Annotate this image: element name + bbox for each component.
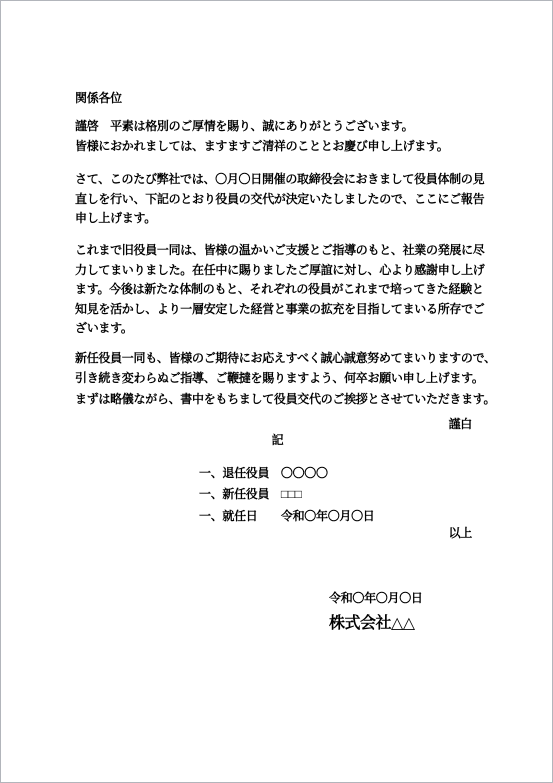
recipient-line: 関係各位 [75,89,122,109]
record-item-date: 一、就任日 令和〇年〇月〇日 [199,506,375,527]
paragraph-announcement: さて、このたび弊社では、〇月〇日開催の取締役会におきまして役員体制の見 直しを行… [75,170,484,229]
recipient-text: 関係各位 [75,89,122,109]
text-line: 知見を活かし、より一層安定した経営と事業の拡充を目指してまいる所存でご [75,300,485,320]
record-item-retiring: 一、退任役員 〇〇〇〇 [199,463,375,484]
letter-date-text: 令和〇年〇月〇日 [329,589,423,609]
end-word-text: 以上 [449,524,472,544]
end-word: 以上 [449,524,472,544]
record-list: 一、退任役員 〇〇〇〇 一、新任役員 □□□ 一、就任日 令和〇年〇月〇日 [199,463,375,527]
paragraph-request: 新任役員一同も、皆様のご期待にお応えすべく誠心誠意努めてまいりますので、 引き続… [75,349,496,388]
company-name: 株式会社△△ [329,613,415,635]
text-line: 力してまいりました。在任中に賜りましたご厚誼に対し、心より感謝申し上げ [75,261,485,281]
paragraph-closing: まずは略儀ながら、書中をもちまして役員交代のご挨拶とさせていただきます。 [75,390,495,410]
company-name-text: 株式会社△△ [329,613,415,635]
paragraph-gratitude: これまで旧役員一同は、皆様の温かいご支援とご指導のもと、社業の発展に尽 力してま… [75,241,485,339]
record-heading: 記 [1,431,553,451]
text-line: まずは略儀ながら、書中をもちまして役員交代のご挨拶とさせていただきます。 [75,390,495,410]
record-item-incoming: 一、新任役員 □□□ [199,484,375,505]
text-line: 直しを行い、下記のとおり役員の交代が決定いたしましたので、ここにご報告 [75,190,484,210]
paragraph-opening: 謹啓 平素は格別のご厚情を賜り、誠にありがとうございます。 皆様におかれましては… [75,117,448,156]
text-line: ざいます。 [75,319,485,339]
text-line: ます。今後は新たな体制のもと、それぞれの役員がこれまで培ってきた経験と [75,280,485,300]
text-line: さて、このたび弊社では、〇月〇日開催の取締役会におきまして役員体制の見 [75,170,484,190]
text-line: 皆様におかれましては、ますますご清祥のこととお慶び申し上げます。 [75,137,448,157]
text-line: 引き続き変わらぬご指導、ご鞭撻を賜りますよう、何卒お願い申し上げます。 [75,369,496,389]
text-line: 謹啓 平素は格別のご厚情を賜り、誠にありがとうございます。 [75,117,448,137]
letter-date: 令和〇年〇月〇日 [329,589,423,609]
record-heading-text: 記 [1,431,553,451]
text-line: これまで旧役員一同は、皆様の温かいご支援とご指導のもと、社業の発展に尽 [75,241,485,261]
text-line: 申し上げます。 [75,209,484,229]
text-line: 新任役員一同も、皆様のご期待にお応えすべく誠心誠意努めてまいりますので、 [75,349,496,369]
letter-page: 関係各位 謹啓 平素は格別のご厚情を賜り、誠にありがとうございます。 皆様におか… [0,0,553,783]
